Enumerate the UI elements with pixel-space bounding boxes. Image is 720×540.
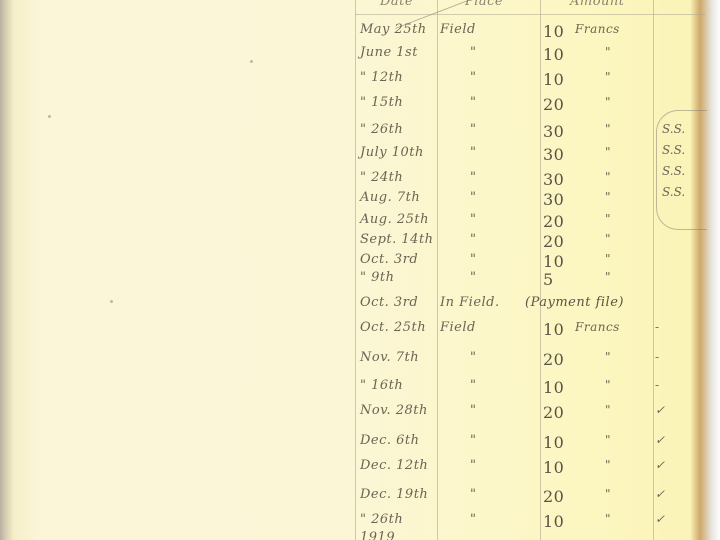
- entry-amount: 10: [543, 45, 564, 64]
- entry-amount: 20: [543, 350, 564, 369]
- entry-date: Oct. 3rd: [360, 295, 440, 310]
- entry-date: " 16th: [360, 378, 440, 393]
- margin-note: S.S.: [662, 143, 685, 157]
- entry-amount: 10: [543, 433, 564, 452]
- entry-unit: ": [605, 252, 611, 266]
- entry-place: ": [470, 122, 476, 137]
- entry-place: ": [470, 512, 476, 527]
- paper-spot: [110, 300, 113, 303]
- entry-date: 1919: [360, 530, 440, 540]
- entry-date: " 26th: [360, 122, 440, 137]
- entry-date: " 9th: [360, 270, 440, 285]
- entry-check-mark: -: [655, 320, 660, 334]
- entry-check-mark: -: [655, 378, 660, 392]
- entry-check-mark: ✓: [655, 433, 666, 447]
- entry-amount: 30: [543, 170, 564, 189]
- entry-unit: ": [605, 512, 611, 526]
- entry-unit: ": [605, 458, 611, 472]
- header-place: Place: [465, 0, 503, 9]
- header-amount: Amount: [570, 0, 625, 9]
- margin-note: S.S.: [662, 164, 685, 178]
- paper-spot: [48, 115, 51, 118]
- entry-place: ": [470, 212, 476, 227]
- entry-unit: Francs: [575, 22, 620, 36]
- entry-place: ": [470, 95, 476, 110]
- entry-unit: ": [605, 145, 611, 159]
- entry-date: Aug. 25th: [360, 212, 440, 227]
- entry-place: ": [470, 145, 476, 160]
- entry-check-mark: ✓: [655, 403, 666, 417]
- column-rule: [355, 0, 356, 540]
- column-rule: [540, 0, 541, 540]
- entry-date: Dec. 6th: [360, 433, 440, 448]
- entry-unit: ": [605, 433, 611, 447]
- entry-date: Nov. 7th: [360, 350, 440, 365]
- entry-unit: ": [605, 122, 611, 136]
- entry-place: ": [470, 45, 476, 60]
- entry-amount: (Payment file): [525, 295, 624, 310]
- entry-date: June 1st: [360, 45, 440, 60]
- margin-note: S.S.: [662, 185, 685, 199]
- entry-amount: 30: [543, 145, 564, 164]
- entry-unit: ": [605, 70, 611, 84]
- entry-amount: 30: [543, 122, 564, 141]
- entry-amount: 5: [543, 270, 554, 289]
- entry-place: ": [470, 350, 476, 365]
- entry-amount: 10: [543, 70, 564, 89]
- entry-place: In Field.: [440, 295, 500, 310]
- entry-check-mark: ✓: [655, 487, 666, 501]
- entry-date: " 15th: [360, 95, 440, 110]
- entry-date: Nov. 28th: [360, 403, 440, 418]
- entry-amount: 10: [543, 320, 564, 339]
- entry-amount: 20: [543, 487, 564, 506]
- entry-unit: ": [605, 190, 611, 204]
- entry-amount: 10: [543, 512, 564, 531]
- entry-check-mark: -: [655, 350, 660, 364]
- entry-unit: ": [605, 45, 611, 59]
- entry-amount: 30: [543, 190, 564, 209]
- entry-amount: 10: [543, 458, 564, 477]
- entry-check-mark: ✓: [655, 458, 666, 472]
- entry-place: ": [470, 190, 476, 205]
- entry-place: ": [470, 252, 476, 267]
- entry-date: Dec. 19th: [360, 487, 440, 502]
- header-rule: [355, 14, 705, 15]
- entry-place: ": [470, 270, 476, 285]
- entry-date: Sept. 14th: [360, 232, 440, 247]
- entry-date: " 12th: [360, 70, 440, 85]
- column-rule: [653, 0, 654, 540]
- header-date: Date: [380, 0, 413, 9]
- entry-place: ": [470, 487, 476, 502]
- entry-place: ": [470, 378, 476, 393]
- entry-amount: 20: [543, 403, 564, 422]
- entry-unit: ": [605, 95, 611, 109]
- entry-amount: 10: [543, 252, 564, 271]
- entry-unit: ": [605, 403, 611, 417]
- entry-amount: 20: [543, 95, 564, 114]
- entry-place: ": [470, 433, 476, 448]
- entry-amount: 10: [543, 378, 564, 397]
- entry-amount: 10: [543, 22, 564, 41]
- entry-place: Field: [440, 320, 476, 335]
- entry-date: " 26th: [360, 512, 440, 527]
- entry-date: May 25th: [360, 22, 440, 37]
- entry-place: Field: [440, 22, 476, 37]
- entry-date: Aug. 7th: [360, 190, 440, 205]
- entry-date: July 10th: [360, 145, 440, 160]
- ledger-page: Date Place Amount May 25thField10FrancsJ…: [0, 0, 720, 540]
- entry-amount: 20: [543, 212, 564, 231]
- entry-unit: ": [605, 270, 611, 284]
- entry-unit: ": [605, 170, 611, 184]
- entry-amount: 20: [543, 232, 564, 251]
- entry-date: " 24th: [360, 170, 440, 185]
- entry-place: ": [470, 403, 476, 418]
- entry-unit: ": [605, 378, 611, 392]
- entry-date: Oct. 3rd: [360, 252, 440, 267]
- entry-date: Oct. 25th: [360, 320, 440, 335]
- entry-unit: ": [605, 232, 611, 246]
- entry-place: ": [470, 170, 476, 185]
- entry-unit: ": [605, 487, 611, 501]
- entry-place: ": [470, 70, 476, 85]
- entry-check-mark: ✓: [655, 512, 666, 526]
- entry-place: ": [470, 232, 476, 247]
- entry-unit: ": [605, 350, 611, 364]
- entry-unit: Francs: [575, 320, 620, 334]
- entry-date: Dec. 12th: [360, 458, 440, 473]
- entry-unit: ": [605, 212, 611, 226]
- entry-place: ": [470, 458, 476, 473]
- margin-note: S.S.: [662, 122, 685, 136]
- paper-spot: [250, 60, 253, 63]
